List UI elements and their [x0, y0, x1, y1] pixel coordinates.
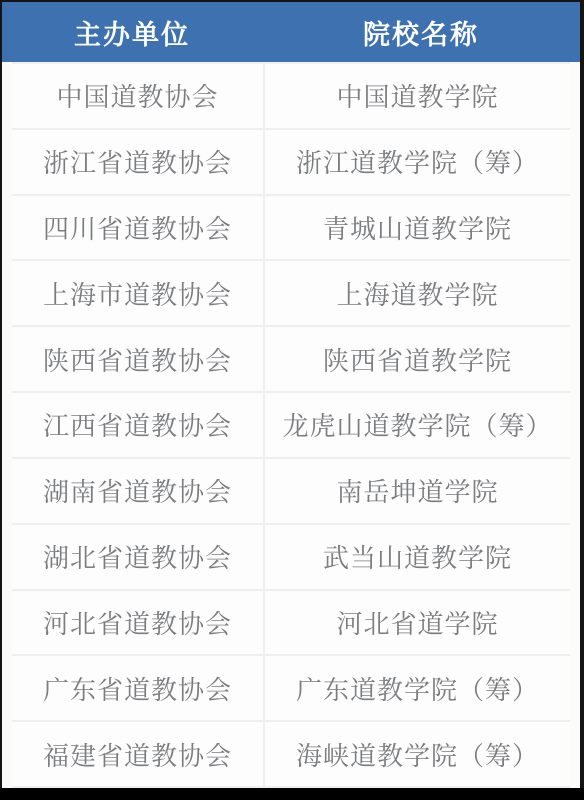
organizer-cell: 江西省道教协会	[12, 393, 263, 457]
header-cell-school: 院校名称	[262, 2, 580, 62]
table-page: 主办单位 院校名称 中国道教协会中国道教学院浙江省道教协会浙江道教学院（筹）四川…	[2, 2, 580, 788]
school-cell: 河北省道学院	[265, 591, 570, 655]
organizer-cell: 河北省道教协会	[12, 591, 263, 655]
photo-edge-top	[0, 0, 584, 2]
table-row: 四川省道教协会青城山道教学院	[12, 196, 570, 260]
school-cell: 上海道教学院	[265, 261, 570, 325]
school-cell: 中国道教学院	[265, 64, 570, 128]
table-row: 福建省道教协会海峡道教学院（筹）	[12, 722, 570, 786]
organizer-cell: 上海市道教协会	[12, 261, 263, 325]
table-header-row: 主办单位 院校名称	[2, 2, 580, 62]
school-cell: 浙江道教学院（筹）	[265, 130, 570, 194]
school-cell: 南岳坤道学院	[265, 459, 570, 523]
table-row: 河北省道教协会河北省道学院	[12, 591, 570, 655]
table-row: 上海市道教协会上海道教学院	[12, 261, 570, 325]
photo-edge-right	[580, 0, 584, 800]
organizer-cell: 陕西省道教协会	[12, 327, 263, 391]
organizer-cell: 湖南省道教协会	[12, 459, 263, 523]
photo-edge-bottom	[0, 788, 584, 800]
organizer-cell: 福建省道教协会	[12, 722, 263, 786]
organizer-cell: 浙江省道教协会	[12, 130, 263, 194]
photo-frame: 主办单位 院校名称 中国道教协会中国道教学院浙江省道教协会浙江道教学院（筹）四川…	[0, 0, 584, 800]
table-row: 湖北省道教协会武当山道教学院	[12, 525, 570, 589]
table-row: 广东省道教协会广东道教学院（筹）	[12, 656, 570, 720]
school-cell: 海峡道教学院（筹）	[265, 722, 570, 786]
school-cell: 龙虎山道教学院（筹）	[265, 393, 570, 457]
school-cell: 武当山道教学院	[265, 525, 570, 589]
table-row: 浙江省道教协会浙江道教学院（筹）	[12, 130, 570, 194]
table-row: 陕西省道教协会陕西省道教学院	[12, 327, 570, 391]
school-cell: 青城山道教学院	[265, 196, 570, 260]
organizer-cell: 中国道教协会	[12, 64, 263, 128]
organizer-cell: 湖北省道教协会	[12, 525, 263, 589]
table-row: 湖南省道教协会南岳坤道学院	[12, 459, 570, 523]
table-row: 中国道教协会中国道教学院	[12, 64, 570, 128]
school-cell: 广东道教学院（筹）	[265, 656, 570, 720]
school-cell: 陕西省道教学院	[265, 327, 570, 391]
photo-edge-left	[0, 0, 2, 800]
header-cell-organizer: 主办单位	[2, 2, 262, 62]
organizer-cell: 广东省道教协会	[12, 656, 263, 720]
table-body: 中国道教协会中国道教学院浙江省道教协会浙江道教学院（筹）四川省道教协会青城山道教…	[12, 62, 570, 788]
table-row: 江西省道教协会龙虎山道教学院（筹）	[12, 393, 570, 457]
organizer-cell: 四川省道教协会	[12, 196, 263, 260]
